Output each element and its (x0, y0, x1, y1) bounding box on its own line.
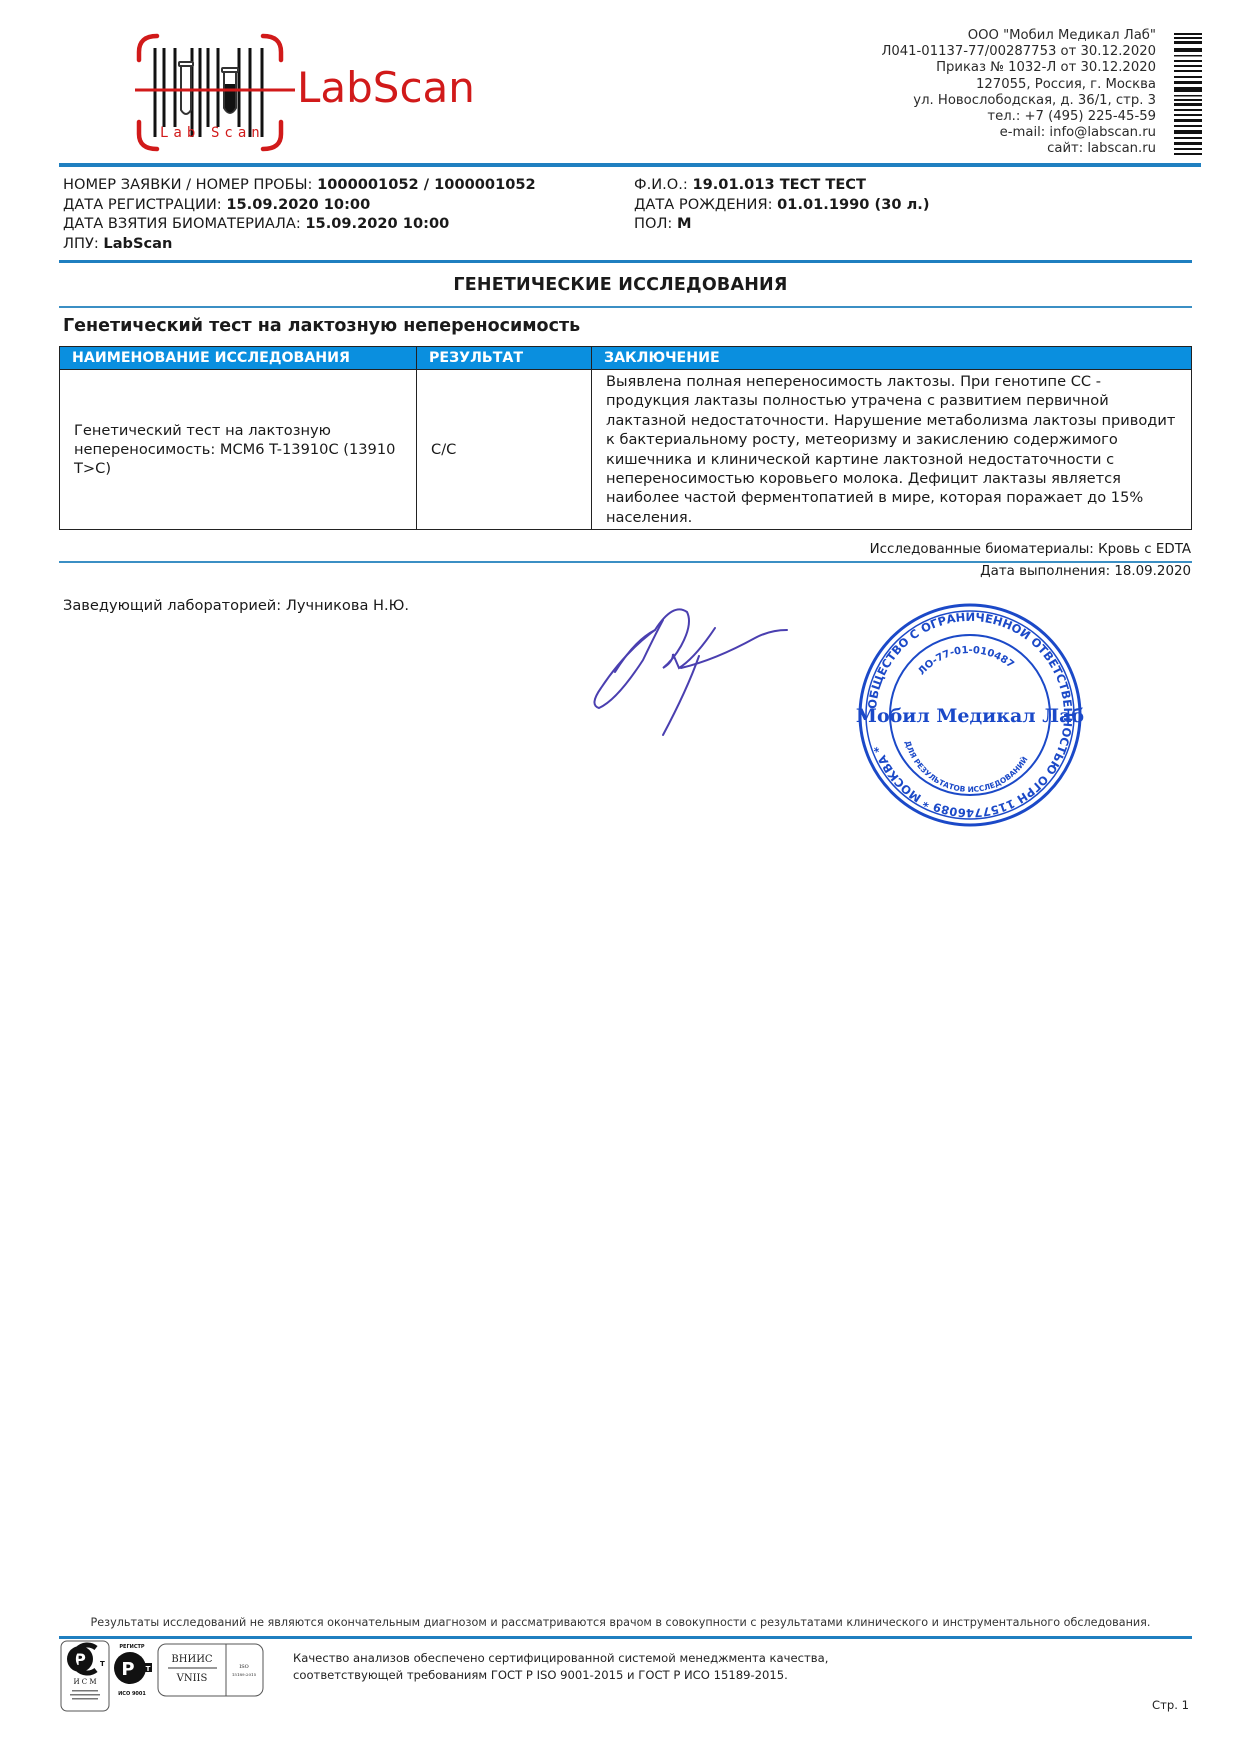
svg-text:ИСО 9001: ИСО 9001 (118, 1691, 146, 1697)
address-line: Л041-01137-77/00287753 от 30.12.2020 (881, 44, 1156, 60)
biomaterial-note: Исследованные биоматериалы: Кровь с EDTA (870, 542, 1191, 557)
info-divider (59, 260, 1192, 263)
dob-label: ДАТА РОЖДЕНИЯ: (634, 196, 773, 213)
rst-ism-logo: Р Т И С М (61, 1641, 109, 1711)
fio-label: Ф.И.О.: (634, 176, 688, 193)
address-line: ул. Новослободская, д. 36/1, стр. 3 (881, 93, 1156, 109)
svg-text:ВНИИС: ВНИИС (171, 1654, 213, 1665)
signature-image (555, 590, 795, 740)
meta-divider (59, 561, 1192, 563)
table-header-row: НАИМЕНОВАНИЕ ИССЛЕДОВАНИЯ РЕЗУЛЬТАТ ЗАКЛ… (60, 347, 1192, 370)
address-line: e-mail: info@labscan.ru (881, 125, 1156, 141)
svg-text:ISO: ISO (239, 1664, 249, 1670)
conclusion-cell: Выявлена полная непереносимость лактозы.… (592, 370, 1192, 530)
results-table: НАИМЕНОВАНИЕ ИССЛЕДОВАНИЯ РЕЗУЛЬТАТ ЗАКЛ… (59, 346, 1192, 530)
section-title: ГЕНЕТИЧЕСКИЕ ИССЛЕДОВАНИЯ (0, 275, 1241, 295)
order-info: НОМЕР ЗАЯВКИ / НОМЕР ПРОБЫ: 1000001052 /… (63, 175, 536, 253)
test-title: Генетический тест на лактозную неперенос… (63, 316, 580, 336)
svg-text:VNIIS: VNIIS (176, 1673, 208, 1684)
dob-value: 01.01.1990 (30 л.) (777, 196, 929, 213)
svg-text:Т: Т (100, 1660, 105, 1668)
lpu-label: ЛПУ: (63, 235, 99, 252)
svg-text:И С М: И С М (73, 1678, 96, 1686)
page-number: Стр. 1 (1152, 1698, 1189, 1712)
svg-text:Т: Т (146, 1665, 151, 1673)
quality-line-2: соответствующей требованиям ГОСТ Р ISO 9… (293, 1667, 828, 1684)
svg-text:ЛО-77-01-010487: ЛО-77-01-010487 (916, 645, 1016, 678)
sample-date-label: ДАТА ВЗЯТИЯ БИОМАТЕРИАЛА: (63, 215, 301, 232)
registration-value: 15.09.2020 10:00 (226, 196, 370, 213)
result-cell: C/C (417, 370, 592, 530)
logo-wordmark: LabScan (297, 63, 475, 112)
header-divider (59, 163, 1201, 167)
address-line: 127055, Россия, г. Москва (881, 77, 1156, 93)
disclaimer: Результаты исследований не являются окон… (0, 1616, 1241, 1629)
sex-label: ПОЛ: (634, 215, 672, 232)
svg-text:Scan: Scan (211, 125, 265, 141)
svg-text:Р: Р (121, 1659, 134, 1680)
address-line: сайт: labscan.ru (881, 141, 1156, 157)
order-label: НОМЕР ЗАЯВКИ / НОМЕР ПРОБЫ: (63, 176, 312, 193)
certification-logos: Р Т И С М РЕГИСТР Р Т ИСО 9001 ВНИИС VNI… (60, 1640, 265, 1712)
section-divider (59, 306, 1192, 308)
vniis-logo: ВНИИС VNIIS ISO 15189:2015 (158, 1644, 263, 1696)
col-header-conclusion: ЗАКЛЮЧЕНИЕ (592, 347, 1192, 370)
svg-text:Lab: Lab (160, 125, 200, 141)
completion-date: Дата выполнения: 18.09.2020 (980, 564, 1191, 579)
table-row: Генетический тест на лактозную неперенос… (60, 370, 1192, 530)
registr-logo: РЕГИСТР Р Т ИСО 9001 (114, 1644, 152, 1697)
patient-info: Ф.И.О.: 19.01.013 ТЕСТ ТЕСТ ДАТА РОЖДЕНИ… (634, 175, 930, 234)
official-stamp: ОБЩЕСТВО С ОГРАНИЧЕННОЙ ОТВЕТСТВЕННОСТЬЮ… (855, 600, 1085, 830)
head-of-lab: Заведующий лабораторией: Лучникова Н.Ю. (63, 597, 409, 614)
svg-text:«Мобил Медикал Лаб»: «Мобил Медикал Лаб» (855, 705, 1085, 727)
col-header-name: НАИМЕНОВАНИЕ ИССЛЕДОВАНИЯ (60, 347, 417, 370)
lpu-value: LabScan (103, 235, 172, 252)
address-line: Приказ № 1032-Л от 30.12.2020 (881, 60, 1156, 76)
test-name-cell: Генетический тест на лактозную неперенос… (60, 370, 417, 530)
address-line: тел.: +7 (495) 225-45-59 (881, 109, 1156, 125)
order-value: 1000001052 / 1000001052 (317, 176, 536, 193)
fio-value: 19.01.013 ТЕСТ ТЕСТ (692, 176, 866, 193)
lab-address: ООО "Мобил Медикал Лаб" Л041-01137-77/00… (881, 28, 1156, 158)
svg-text:РЕГИСТР: РЕГИСТР (119, 1644, 145, 1650)
sample-date-value: 15.09.2020 10:00 (305, 215, 449, 232)
sex-value: М (677, 215, 692, 232)
col-header-result: РЕЗУЛЬТАТ (417, 347, 592, 370)
footer-divider (59, 1636, 1192, 1639)
vertical-barcode (1174, 33, 1202, 157)
svg-text:15189:2015: 15189:2015 (232, 1672, 257, 1677)
registration-label: ДАТА РЕГИСТРАЦИИ: (63, 196, 222, 213)
svg-text:ДЛЯ РЕЗУЛЬТАТОВ ИССЛЕДОВАНИЙ: ДЛЯ РЕЗУЛЬТАТОВ ИССЛЕДОВАНИЙ (903, 740, 1030, 794)
quality-statement: Качество анализов обеспечено сертифициро… (293, 1650, 828, 1684)
quality-line-1: Качество анализов обеспечено сертифициро… (293, 1650, 828, 1667)
address-line: ООО "Мобил Медикал Лаб" (881, 28, 1156, 44)
